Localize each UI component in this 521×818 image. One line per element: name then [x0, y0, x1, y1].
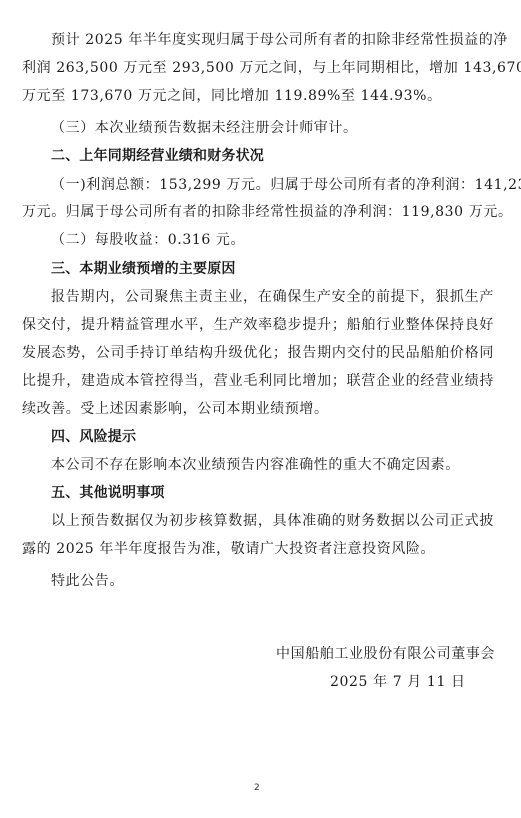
section-3-line-3: 发展态势，公司手持订单结构升级优化；报告期内交付的民品船舶价格同: [22, 344, 494, 362]
paragraph-forecast-line-1: 预计 2025 年半年度实现归属于母公司所有者的扣除非经常性损益的净: [51, 31, 494, 49]
section-2-heading: 二、上年同期经营业绩和财务状况: [51, 147, 264, 165]
section-3-line-4: 比提升，建造成本管控得当，营业毛利同比增加；联营企业的经营业绩持: [22, 372, 494, 390]
signature-company: 中国船舶工业股份有限公司董事会: [276, 645, 495, 663]
paragraph-audit-note: （三）本次业绩预告数据未经注册会计师审计。: [51, 119, 358, 137]
section-2-line-2: 万元。归属于母公司所有者的扣除非经常性损益的净利润：119,830 万元。: [22, 203, 494, 221]
closing-statement: 特此公告。: [51, 572, 124, 590]
paragraph-forecast-line-3: 万元至 173,670 万元之间，同比增加 119.89%至 144.93%。: [22, 87, 442, 105]
section-3-line-2: 保交付，提升精益管理水平，生产效率稳步提升；船舶行业整体保持良好: [22, 316, 494, 334]
section-5-heading: 五、其他说明事项: [51, 484, 165, 502]
section-3-line-1: 报告期内，公司聚焦主责主业，在确保生产安全的前提下，狠抓生产: [51, 288, 494, 306]
section-4-heading: 四、风险提示: [51, 428, 136, 446]
section-4-text: 本公司不存在影响本次业绩预告内容准确性的重大不确定因素。: [51, 456, 460, 474]
page-number: 2: [254, 783, 260, 793]
signature-date: 2025 年 7 月 11 日: [330, 673, 466, 691]
section-3-heading: 三、本期业绩预增的主要原因: [51, 260, 236, 278]
section-2-line-1: （一)利润总额：153,299 万元。归属于母公司所有者的净利润：141,235: [51, 176, 494, 194]
paragraph-forecast-line-2: 利润 263,500 万元至 293,500 万元之间，与上年同期相比，增加 1…: [22, 59, 494, 77]
section-5-line-2: 露的 2025 年半年度报告为准，敬请广大投资者注意投资风险。: [22, 540, 435, 558]
section-2-eps: （二）每股收益：0.316 元。: [51, 231, 245, 249]
section-5-line-1: 以上预告数据仅为初步核算数据，具体准确的财务数据以公司正式披: [51, 512, 494, 530]
section-3-line-5: 续改善。受上述因素影响，公司本期业绩预增。: [22, 400, 329, 418]
